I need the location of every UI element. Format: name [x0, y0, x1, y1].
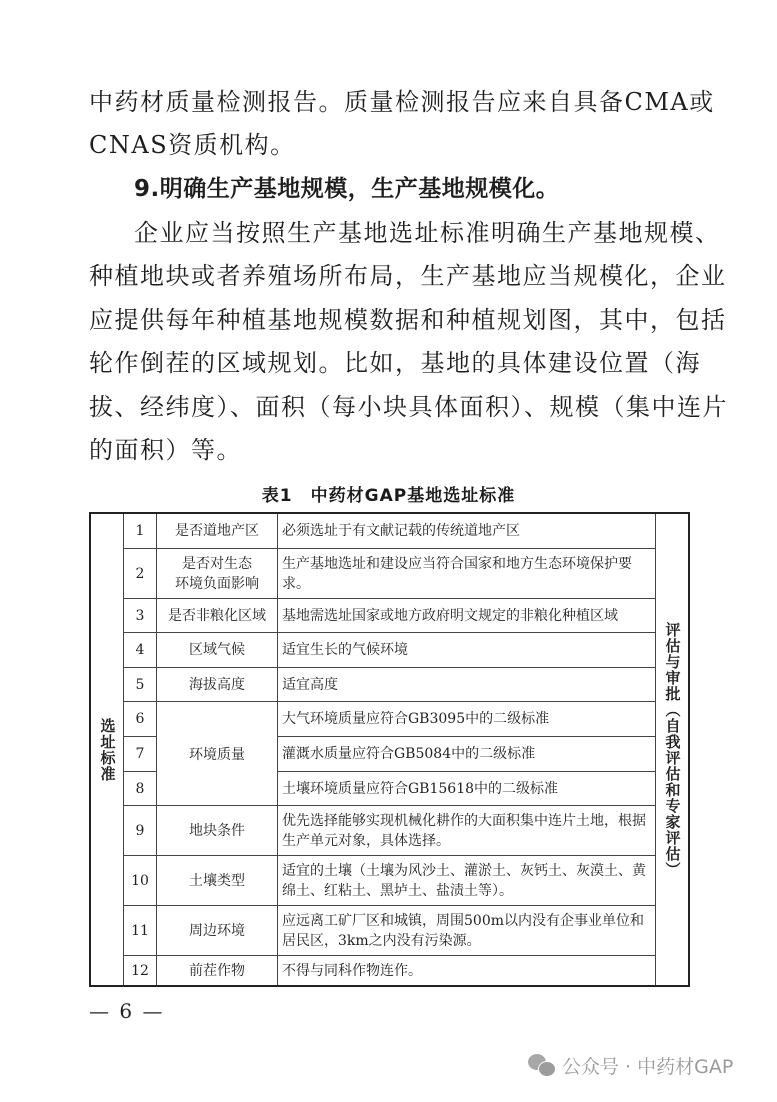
document-page: 中药材质量检测报告。质量检测报告应来自具备CMA或 CNAS资质机构。 9.明确…: [0, 0, 777, 1102]
site-selection-table: 选址标准 评估与审批（自我评估和专家评估） 1 是否道地产区 必须选址于有文献记…: [89, 512, 690, 987]
row-number: 4: [124, 633, 157, 667]
row-requirement: 大气环境质量应符合GB3095中的二级标准: [278, 702, 655, 736]
row-number: 9: [124, 806, 157, 855]
table-caption: 表1 中药材GAP基地选址标准: [0, 481, 777, 506]
row-item: 海拔高度: [157, 668, 278, 701]
row-item: 土壤类型: [157, 856, 278, 905]
body-text-line: CNAS资质机构。: [89, 130, 689, 160]
row-requirement: 生产基地选址和建设应当符合国家和地方生态环境保护要求。: [278, 549, 655, 598]
row-number: 12: [124, 956, 157, 985]
paragraph-line: 轮作倒茬的区域规划。比如，基地的具体建设位置（海: [89, 348, 689, 378]
table-row: 5 海拔高度 适宜高度: [124, 668, 655, 702]
row-requirement: 基地需选址国家或地方政府明文规定的非粮化种植区域: [278, 599, 655, 632]
row-item: 周边环境: [157, 906, 278, 955]
row-requirement: 适宜生长的气候环境: [278, 633, 655, 667]
wechat-icon: [528, 1054, 556, 1078]
row-requirement: 灌溉水质量应符合GB5084中的二级标准: [278, 737, 655, 771]
table-row: 1 是否道地产区 必须选址于有文献记载的传统道地产区: [124, 514, 655, 549]
row-requirement: 应远离工矿厂区和城镇，周围500m以内没有企事业单位和居民区，3km之内没有污染…: [278, 906, 655, 955]
row-requirement: 土壤环境质量应符合GB15618中的二级标准: [278, 772, 655, 805]
row-requirement: 必须选址于有文献记载的传统道地产区: [278, 514, 655, 548]
row-requirement: 优先选择能够实现机械化耕作的大面积集中连片土地，根据生产单元对象，具体选择。: [278, 806, 655, 855]
merged-item-environment-quality: 环境质量: [157, 702, 278, 805]
table-row: 9 地块条件 优先选择能够实现机械化耕作的大面积集中连片土地，根据生产单元对象，…: [124, 806, 655, 856]
row-number: 10: [124, 856, 157, 905]
row-item: 是否对生态 环境负面影响: [157, 549, 278, 598]
row-requirement: 适宜高度: [278, 668, 655, 701]
row-number: 8: [124, 772, 157, 805]
row-item: 区域气候: [157, 633, 278, 667]
table-row: 12 前茬作物 不得与同科作物连作。: [124, 956, 655, 985]
page-number: — 6 —: [89, 999, 164, 1023]
row-item: 是否非粮化区域: [157, 599, 278, 632]
row-requirement: 适宜的土壤（土壤为风沙土、灌淤土、灰钙土、灰漠土、黄绵土、红粘土、黑垆土、盐渍土…: [278, 856, 655, 905]
table-row: 10 土壤类型 适宜的土壤（土壤为风沙土、灌淤土、灰钙土、灰漠土、黄绵土、红粘土…: [124, 856, 655, 906]
row-number: 7: [124, 737, 157, 771]
left-group-label: 选址标准: [91, 514, 124, 985]
row-number: 6: [124, 702, 157, 736]
watermark: 公众号 · 中药材GAP: [528, 1052, 733, 1079]
paragraph-line: 企业应当按照生产基地选址标准明确生产基地规模、: [134, 218, 734, 248]
row-number: 1: [124, 514, 157, 548]
section-heading: 9.明确生产基地规模，生产基地规模化。: [134, 174, 734, 204]
paragraph-line: 的面积）等。: [89, 435, 689, 465]
row-number: 5: [124, 668, 157, 701]
table-row: 11 周边环境 应远离工矿厂区和城镇，周围500m以内没有企事业单位和居民区，3…: [124, 906, 655, 956]
body-text-line: 中药材质量检测报告。质量检测报告应来自具备CMA或: [89, 87, 689, 117]
table-row: 2 是否对生态 环境负面影响 生产基地选址和建设应当符合国家和地方生态环境保护要…: [124, 549, 655, 599]
table-row: 3 是否非粮化区域 基地需选址国家或地方政府明文规定的非粮化种植区域: [124, 599, 655, 633]
table-row: 4 区域气候 适宜生长的气候环境: [124, 633, 655, 668]
row-item: 是否道地产区: [157, 514, 278, 548]
paragraph-line: 拔、经纬度）、面积（每小块具体面积）、规模（集中连片: [89, 392, 689, 422]
row-item: 前茬作物: [157, 956, 278, 985]
paragraph-line: 种植地块或者养殖场所布局，生产基地应当规模化，企业: [89, 261, 689, 291]
right-group-label: 评估与审批（自我评估和专家评估）: [655, 514, 688, 985]
row-requirement: 不得与同科作物连作。: [278, 956, 655, 985]
watermark-text: 公众号 · 中药材GAP: [562, 1052, 733, 1079]
paragraph-line: 应提供每年种植基地规模数据和种植规划图，其中，包括: [89, 305, 689, 335]
row-number: 3: [124, 599, 157, 632]
row-number: 11: [124, 906, 157, 955]
row-number: 2: [124, 549, 157, 598]
row-item: 地块条件: [157, 806, 278, 855]
